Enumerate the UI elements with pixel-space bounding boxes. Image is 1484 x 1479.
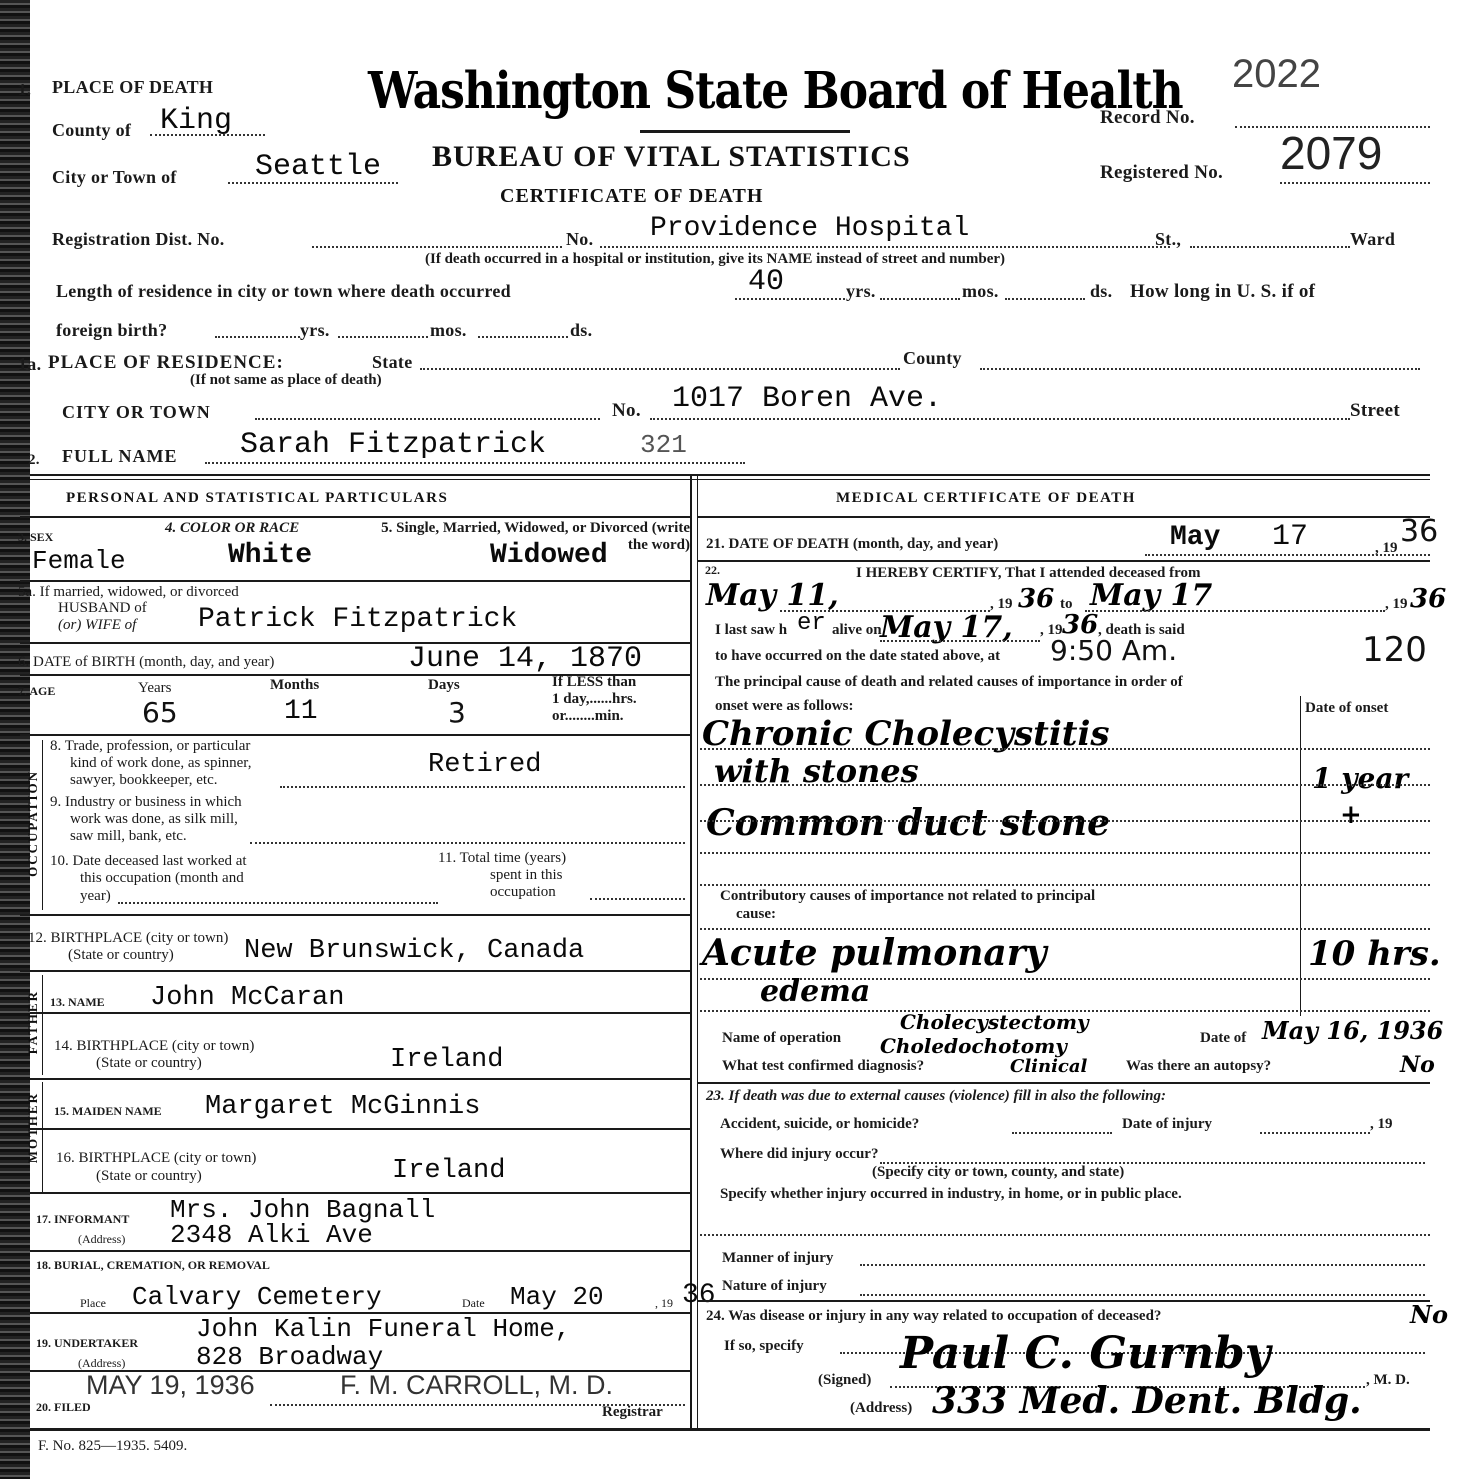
form-number: F. No. 825—1935. 5409. bbox=[38, 1438, 187, 1455]
place-of-death-value: Providence Hospital bbox=[650, 213, 969, 244]
full-name-annotation: 321 bbox=[640, 430, 687, 460]
birthplace-label-1: 12. BIRTHPLACE (city or town) bbox=[28, 930, 228, 947]
informant-address-label: (Address) bbox=[78, 1232, 125, 1247]
title-underline bbox=[640, 130, 850, 133]
last-saw-pronoun: er bbox=[797, 610, 826, 637]
mother-birthplace-label-2: (State or country) bbox=[96, 1168, 202, 1185]
ward-label: Ward bbox=[1350, 229, 1395, 250]
sex-label: 3. SEX bbox=[18, 530, 53, 545]
total-time-label-1: 11. Total time (years) bbox=[438, 850, 566, 867]
registered-no-value: 2079 bbox=[1280, 126, 1382, 180]
place-of-death-label: PLACE OF DEATH bbox=[52, 77, 213, 98]
birthplace-value: New Brunswick, Canada bbox=[244, 936, 584, 966]
death-year-value: 36 bbox=[1400, 514, 1438, 549]
mother-birthplace-value: Ireland bbox=[392, 1156, 505, 1186]
test-value: Clinical bbox=[1010, 1056, 1087, 1077]
physician-address-label: (Address) bbox=[850, 1400, 912, 1417]
undertaker-value: John Kalin Funeral Home, bbox=[196, 1314, 570, 1344]
last-worked-label-2: this occupation (month and bbox=[80, 870, 244, 887]
death-day-value: 17 bbox=[1272, 520, 1308, 554]
age-months-value: 11 bbox=[284, 696, 318, 727]
color-value: White bbox=[228, 540, 312, 571]
street-label: Street bbox=[1350, 400, 1400, 422]
st-label: St., bbox=[1155, 229, 1181, 250]
to-year-value: 36 bbox=[1410, 584, 1446, 614]
occupation-side-label: OCCUPATION bbox=[25, 770, 41, 877]
days-label: Days bbox=[428, 677, 460, 694]
trade-value: Retired bbox=[428, 750, 541, 780]
residence-item-no: 1a. bbox=[18, 354, 41, 375]
marital-value: Widowed bbox=[490, 540, 608, 571]
father-birthplace-label-2: (State or country) bbox=[96, 1055, 202, 1072]
residence-address-value: 1017 Boren Ave. bbox=[672, 382, 942, 416]
informant-address-value: 2348 Alki Ave bbox=[170, 1220, 373, 1250]
contributory-cause-line: Acute pulmonary bbox=[702, 932, 1047, 974]
registrar-name-stamp: F. M. CARROLL, M. D. bbox=[340, 1370, 613, 1401]
undertaker-address-value: 828 Broadway bbox=[196, 1342, 383, 1372]
physician-address-value: 333 Med. Dent. Bldg. bbox=[932, 1380, 1362, 1422]
last-worked-label-1: 10. Date deceased last worked at bbox=[50, 853, 247, 870]
record-number-stamp: 2022 bbox=[1232, 52, 1321, 97]
injury-year-label: , 19 bbox=[1370, 1116, 1393, 1133]
residence-note: (If not same as place of death) bbox=[190, 372, 382, 389]
city-label: City or Town of bbox=[52, 167, 177, 188]
registration-dist-label: Registration Dist. No. bbox=[52, 229, 225, 250]
operation-date-label: Date of bbox=[1200, 1030, 1246, 1047]
residence-city-label: CITY OR TOWN bbox=[62, 402, 211, 423]
physician-signature: Paul C. Gurnby bbox=[900, 1328, 1270, 1379]
less-label-2: 1 day,......hrs. bbox=[552, 691, 637, 708]
trade-label-3: sawyer, bookkeeper, etc. bbox=[70, 772, 217, 789]
autopsy-label: Was there an autopsy? bbox=[1126, 1058, 1271, 1075]
burial-label: 18. BURIAL, CREMATION, OR REMOVAL bbox=[36, 1258, 270, 1273]
months-label: Months bbox=[270, 677, 319, 694]
spouse-label-2: HUSBAND of bbox=[58, 600, 147, 617]
less-label-3: or........min. bbox=[552, 708, 624, 725]
contributory-label-2: cause: bbox=[736, 906, 776, 923]
injury-date-label: Date of injury bbox=[1122, 1116, 1212, 1133]
father-birthplace-label-1: 14. BIRTHPLACE (city or town) bbox=[54, 1038, 254, 1055]
father-side-label: FATHER bbox=[25, 990, 41, 1054]
spouse-label-1: 5a. If married, widowed, or divorced bbox=[18, 584, 239, 601]
residence-county-label: County bbox=[903, 348, 962, 369]
state-label: State bbox=[372, 352, 413, 373]
industry-label-2: work was done, as silk mill, bbox=[70, 811, 238, 828]
alive-on-label: alive on bbox=[832, 622, 882, 639]
hospital-note: (If death occurred in a hospital or inst… bbox=[425, 251, 1005, 268]
color-label: 4. COLOR OR RACE bbox=[165, 520, 299, 537]
occurred-label: to have occurred on the date stated abov… bbox=[715, 648, 1000, 665]
foreign-birth-label: foreign birth? bbox=[56, 320, 167, 341]
nature-of-injury-label: Nature of injury bbox=[722, 1278, 827, 1295]
last-worked-label-3: year) bbox=[80, 888, 111, 905]
residence-length-label: Length of residence in city or town wher… bbox=[56, 281, 511, 302]
occupation-related-label: 24. Was disease or injury in any way rel… bbox=[706, 1308, 1161, 1325]
dob-label: 6. DATE of BIRTH (month, day, and year) bbox=[18, 654, 274, 671]
industry-label-1: 9. Industry or business in which bbox=[50, 794, 242, 811]
personal-section-title: PERSONAL AND STATISTICAL PARTICULARS bbox=[66, 490, 448, 507]
cause-line: Common duct stone bbox=[706, 802, 1110, 844]
yrs-label: yrs. bbox=[846, 281, 876, 302]
burial-date-label: Date bbox=[462, 1296, 485, 1311]
if-so-specify-label: If so, specify bbox=[724, 1338, 804, 1355]
medical-section-title: MEDICAL CERTIFICATE OF DEATH bbox=[836, 490, 1136, 507]
residence-label: PLACE OF RESIDENCE: bbox=[48, 352, 284, 374]
record-no-label: Record No. bbox=[1100, 107, 1195, 129]
father-name-value: John McCaran bbox=[150, 983, 344, 1013]
informant-label: 17. INFORMANT bbox=[36, 1212, 129, 1227]
attended-from-value: May 11, bbox=[706, 578, 839, 613]
age-days-value: 3 bbox=[448, 696, 466, 729]
burial-place-value: Calvary Cemetery bbox=[132, 1282, 382, 1312]
age-label: 7. AGE bbox=[18, 684, 55, 699]
age-years-value: 65 bbox=[142, 696, 178, 729]
autopsy-value: No bbox=[1400, 1052, 1435, 1078]
occupation-related-value: No bbox=[1410, 1300, 1448, 1329]
undertaker-label: 19. UNDERTAKER bbox=[36, 1336, 138, 1351]
full-name-label: FULL NAME bbox=[62, 446, 178, 467]
spouse-value: Patrick Fitzpatrick bbox=[198, 604, 517, 635]
sex-value: Female bbox=[32, 546, 126, 576]
burial-date-value: May 20 bbox=[510, 1282, 604, 1312]
registered-no-label: Registered No. bbox=[1100, 162, 1223, 184]
mother-birthplace-label-1: 16. BIRTHPLACE (city or town) bbox=[56, 1150, 256, 1167]
residence-no-label: No. bbox=[612, 400, 641, 422]
external-causes-label: 23. If death was due to external causes … bbox=[706, 1088, 1166, 1105]
full-name-value: Sarah Fitzpatrick bbox=[240, 428, 546, 462]
county-value: King bbox=[160, 104, 232, 138]
contributory-onset: 10 hrs. bbox=[1308, 934, 1441, 974]
father-name-label: 13. NAME bbox=[50, 995, 105, 1010]
father-birthplace-value: Ireland bbox=[390, 1045, 503, 1075]
filed-label: 20. FILED bbox=[36, 1400, 91, 1415]
where-injury-label: Where did injury occur? bbox=[720, 1146, 878, 1163]
city-value: Seattle bbox=[255, 150, 381, 184]
mother-name-value: Margaret McGinnis bbox=[205, 1092, 480, 1122]
industry-label-3: saw mill, bank, etc. bbox=[70, 828, 187, 845]
foreign-mos-label: mos. bbox=[430, 320, 467, 341]
signed-label: (Signed) bbox=[818, 1372, 871, 1389]
where-injury-note: (Specify city or town, county, and state… bbox=[872, 1164, 1124, 1181]
document-title: Washington State Board of Health bbox=[368, 62, 1183, 121]
burial-year-value: 36 bbox=[682, 1280, 716, 1311]
ds-label: ds. bbox=[1090, 281, 1112, 302]
md-label: , M. D. bbox=[1366, 1372, 1410, 1389]
total-time-label-2: spent in this bbox=[490, 867, 563, 884]
certify-item-no: 22. bbox=[705, 563, 720, 578]
contributory-label-1: Contributory causes of importance not re… bbox=[720, 888, 1095, 905]
operation-value-1: Cholecystectomy bbox=[900, 1010, 1089, 1034]
bureau-title: BUREAU OF VITAL STATISTICS bbox=[432, 140, 911, 174]
item-number: 1. bbox=[18, 80, 31, 100]
death-month-value: May bbox=[1170, 522, 1220, 553]
principal-label-2: onset were as follows: bbox=[715, 698, 853, 715]
foreign-ds-label: ds. bbox=[570, 320, 592, 341]
trade-label-2: kind of work done, as spinner, bbox=[70, 755, 251, 772]
attended-to-value: May 17 bbox=[1090, 578, 1212, 613]
cause-onset: 1 year bbox=[1312, 762, 1408, 795]
margin-code: 120 bbox=[1362, 630, 1427, 670]
residence-years-value: 40 bbox=[748, 265, 784, 299]
certificate-title: CERTIFICATE OF DEATH bbox=[500, 185, 763, 208]
registrar-label: Registrar bbox=[602, 1404, 663, 1421]
test-label: What test confirmed diagnosis? bbox=[722, 1058, 924, 1075]
time-of-death-value: 9:50 Am. bbox=[1050, 634, 1177, 667]
trade-label-1: 8. Trade, profession, or particular bbox=[50, 738, 250, 755]
spouse-label-3: (or) WIFE of bbox=[58, 617, 136, 634]
accident-label: Accident, suicide, or homicide? bbox=[720, 1116, 919, 1133]
foreign-yrs-label: yrs. bbox=[300, 320, 330, 341]
onset-label: Date of onset bbox=[1305, 700, 1388, 717]
specify-place-label: Specify whether injury occurred in indus… bbox=[720, 1186, 1182, 1203]
mos-label: mos. bbox=[962, 281, 999, 302]
no-label: No. bbox=[566, 229, 593, 250]
years-label: Years bbox=[138, 680, 171, 697]
last-saw-label: I last saw h bbox=[715, 622, 787, 639]
operation-value-2: Choledochotomy bbox=[880, 1034, 1067, 1058]
date-of-death-label: 21. DATE OF DEATH (month, day, and year) bbox=[706, 536, 998, 553]
dob-value: June 14, 1870 bbox=[408, 642, 642, 676]
less-label-1: If LESS than bbox=[552, 674, 636, 691]
death-certificate: 1. PLACE OF DEATH Washington State Board… bbox=[0, 0, 1484, 1479]
county-label: County of bbox=[52, 120, 131, 141]
principal-label-1: The principal cause of death and related… bbox=[715, 674, 1183, 691]
to-year-prefix: , 19 bbox=[1385, 596, 1408, 613]
full-name-item-no: 2. bbox=[28, 452, 40, 469]
filed-date-stamp: MAY 19, 1936 bbox=[86, 1370, 255, 1401]
undertaker-address-label: (Address) bbox=[78, 1356, 125, 1371]
us-residence-label: How long in U. S. if of bbox=[1130, 281, 1315, 303]
mother-name-label: 15. MAIDEN NAME bbox=[54, 1104, 162, 1119]
operation-date-value: May 16, 1936 bbox=[1262, 1016, 1443, 1045]
total-time-label-3: occupation bbox=[490, 884, 556, 901]
scan-edge bbox=[0, 0, 30, 1479]
burial-year-prefix: , 19 bbox=[655, 1296, 673, 1311]
manner-of-injury-label: Manner of injury bbox=[722, 1250, 833, 1267]
burial-place-label: Place bbox=[80, 1296, 106, 1311]
birthplace-label-2: (State or country) bbox=[68, 947, 174, 964]
from-year-value: 36 bbox=[1018, 584, 1054, 614]
operation-label: Name of operation bbox=[722, 1030, 841, 1047]
contributory-cause-line: edema bbox=[760, 974, 870, 1009]
cause-onset: + bbox=[1340, 800, 1362, 830]
